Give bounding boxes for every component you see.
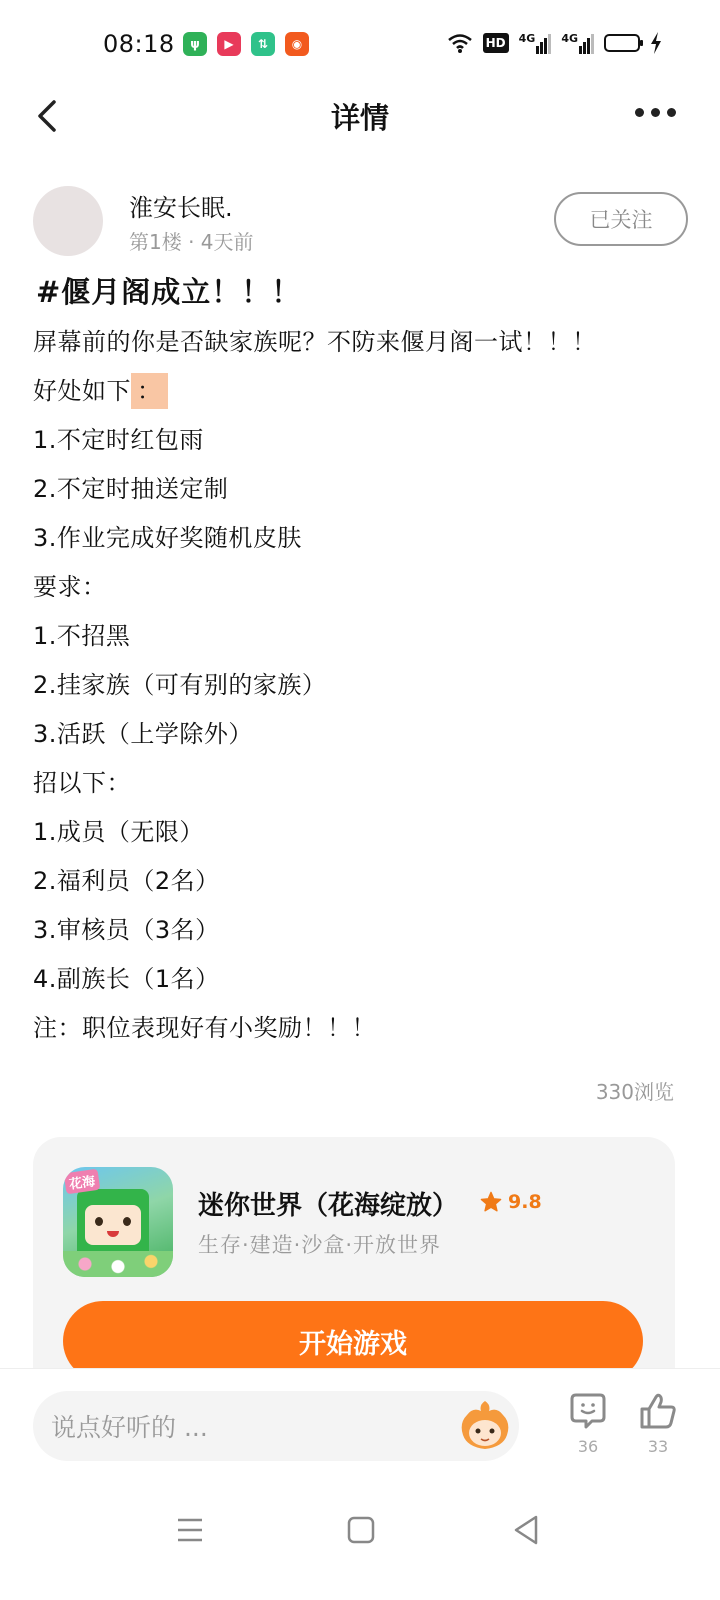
post-line: 3.审核员（3名） [33, 908, 693, 957]
rating-value: 9.8 [508, 1191, 542, 1213]
post-line: 2.福利员（2名） [33, 859, 693, 908]
status-bar: 08:18 ψ ▶ ⇅ ◉ HD 4G 4G [0, 0, 720, 90]
comment-button[interactable]: 36 [558, 1391, 618, 1456]
wifi-icon [447, 33, 473, 53]
battery-icon [604, 34, 640, 52]
status-app-icons: ψ ▶ ⇅ ◉ [183, 32, 309, 56]
author-name[interactable]: 淮安长眠. [129, 188, 233, 223]
hd-voice-icon: HD [483, 33, 509, 53]
post-line: 2.挂家族（可有别的家族） [33, 663, 693, 712]
game-card[interactable]: 花海 迷你世界（花海绽放） 9.8 生存·建造·沙盒·开放世界 开始游戏 [33, 1137, 675, 1397]
game-name: 迷你世界（花海绽放） [198, 1185, 458, 1222]
game-icon[interactable]: 花海 [63, 1167, 173, 1277]
system-back-button[interactable] [508, 1510, 548, 1550]
system-nav-bar [0, 1500, 720, 1560]
recent-apps-button[interactable] [170, 1510, 210, 1550]
post-line: 注：职位表现好有小奖励！！！ [33, 1006, 693, 1055]
more-options-button[interactable] [631, 104, 680, 121]
status-indicators: HD 4G 4G [447, 32, 662, 54]
more-dot-icon [667, 108, 676, 117]
star-icon [480, 1191, 502, 1213]
charging-icon [650, 32, 662, 54]
post-line: 1.成员（无限） [33, 810, 693, 859]
comment-smile-icon [568, 1391, 608, 1431]
post-line: 3.活跃（上学除外） [33, 712, 693, 761]
post-line: 3.作业完成好奖随机皮肤 [33, 516, 693, 565]
post-line: 要求： [33, 565, 693, 614]
home-button[interactable] [341, 1510, 381, 1550]
more-dot-icon [651, 108, 660, 117]
kuaishou-app-icon: ◉ [285, 32, 309, 56]
comment-input[interactable]: 说点好听的 ... [33, 1391, 519, 1461]
like-button[interactable]: 33 [628, 1391, 688, 1456]
more-dot-icon [635, 108, 644, 117]
author-avatar[interactable] [33, 186, 103, 256]
post-body: 屏幕前的你是否缺家族呢？不防来偃月阁一试！！！ 好处如下： 1.不定时红包雨 2… [33, 320, 693, 1055]
view-count: 330浏览 [596, 1076, 674, 1105]
signal-icon-2: 4G [561, 32, 594, 54]
game-rating: 9.8 [480, 1191, 542, 1213]
post-line: 4.副族长（1名） [33, 957, 693, 1006]
bottom-action-bar: 说点好听的 ... 36 33 [0, 1368, 720, 1600]
square-home-icon [341, 1510, 381, 1550]
post-line: 2.不定时抽送定制 [33, 467, 693, 516]
game-tags: 生存·建造·沙盒·开放世界 [198, 1229, 441, 1259]
top-nav-bar: 详情 [0, 84, 720, 148]
comment-placeholder: 说点好听的 ... [51, 1408, 208, 1444]
transfer-app-icon: ⇅ [251, 32, 275, 56]
menu-lines-icon [170, 1510, 210, 1550]
status-time: 08:18 [103, 30, 175, 58]
text-selection-highlight[interactable]: ： [131, 373, 168, 409]
post-line: 1.不招黑 [33, 614, 693, 663]
video-app-icon: ▶ [217, 32, 241, 56]
triangle-back-icon [508, 1510, 548, 1550]
like-count: 33 [628, 1437, 688, 1456]
post-meta: 第1楼 · 4天前 [129, 226, 254, 255]
mascot-emoji-icon[interactable] [457, 1397, 513, 1453]
follow-button[interactable]: 已关注 [554, 192, 688, 246]
thumbs-up-icon [638, 1391, 678, 1431]
post-line: 屏幕前的你是否缺家族呢？不防来偃月阁一试！！！ [33, 320, 693, 369]
post-title: #偃月阁成立！！！ [36, 270, 301, 311]
signal-icon-1: 4G [519, 32, 552, 54]
comment-count: 36 [558, 1437, 618, 1456]
post-line: 好处如下： [33, 369, 693, 418]
author-row: 淮安长眠. 第1楼 · 4天前 已关注 [33, 184, 688, 256]
post-line: 招以下： [33, 761, 693, 810]
shop-app-icon: ψ [183, 32, 207, 56]
post-line: 1.不定时红包雨 [33, 418, 693, 467]
page-title: 详情 [0, 96, 720, 137]
